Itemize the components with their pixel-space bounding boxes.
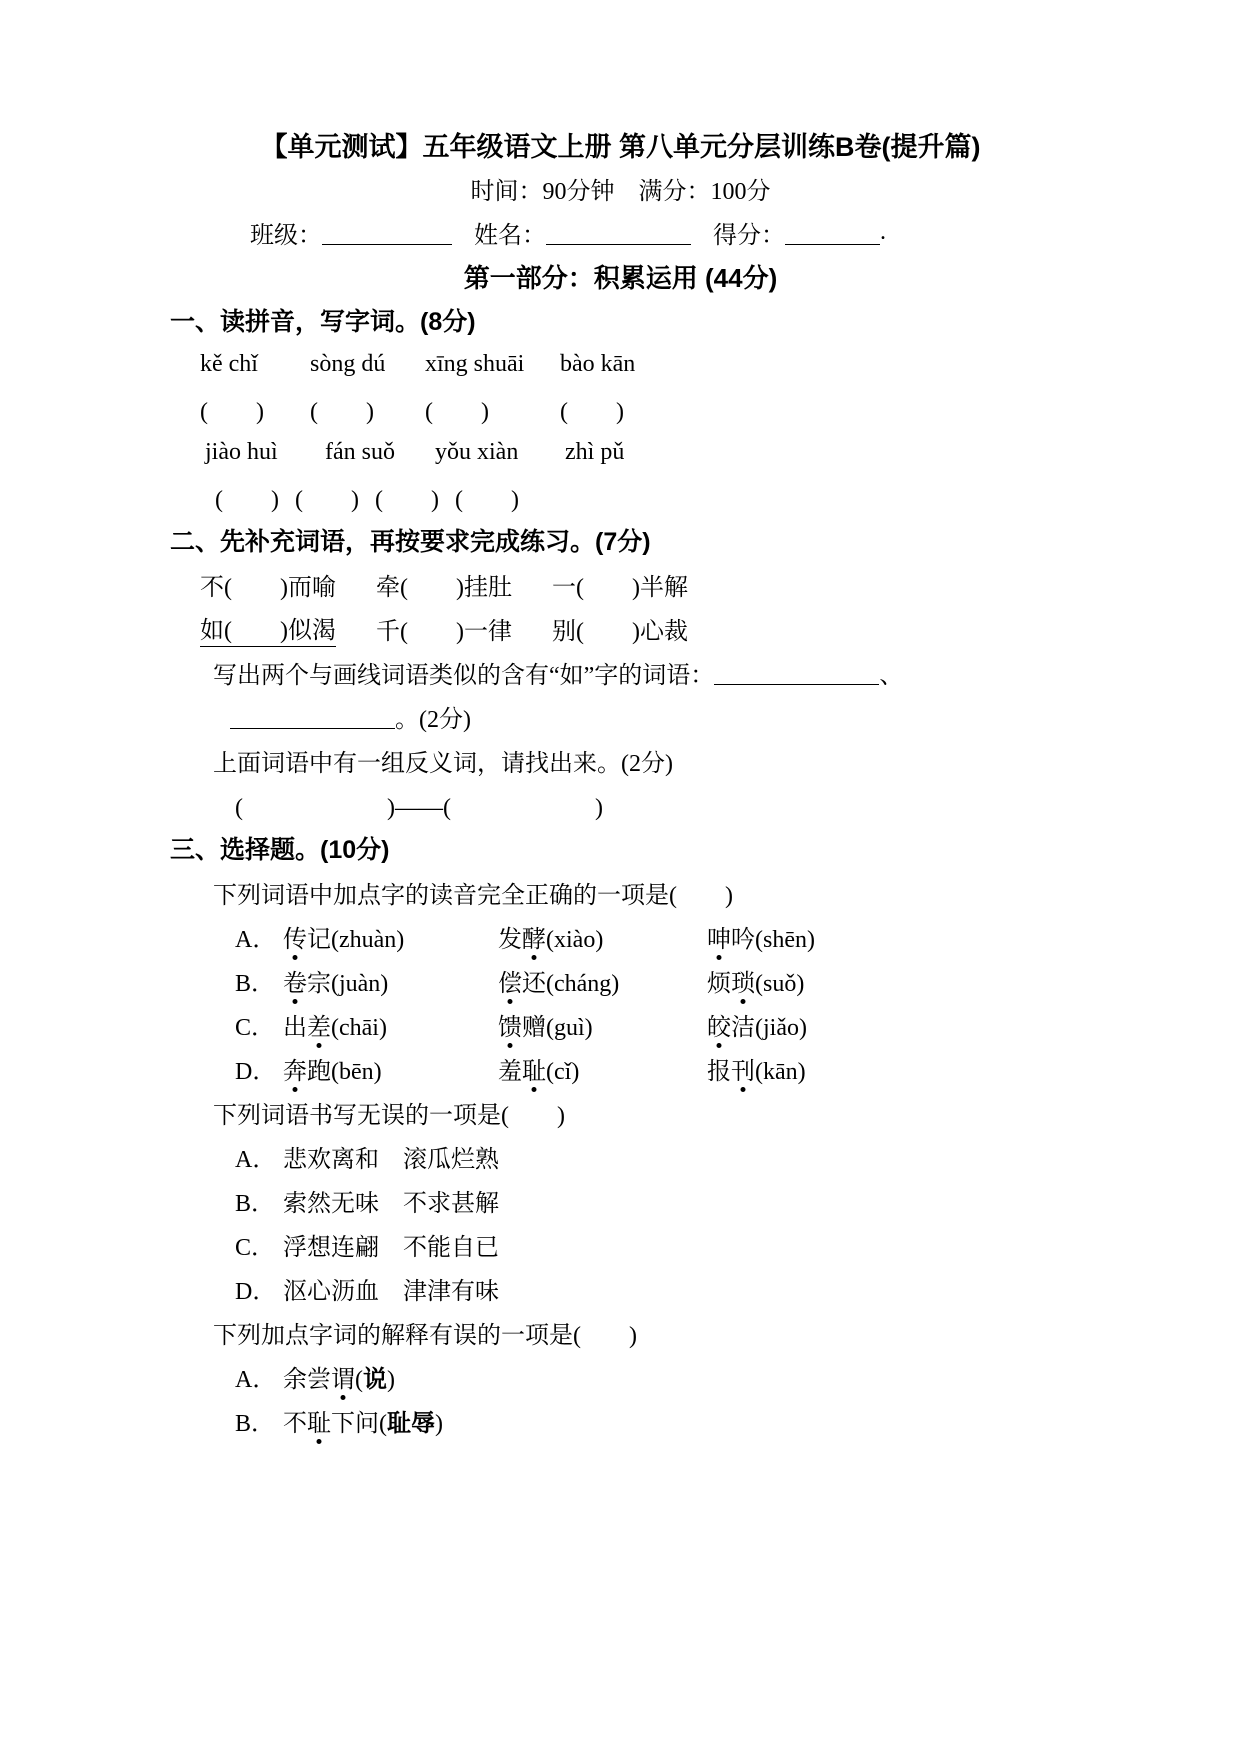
score-label: 得分： — [713, 215, 785, 250]
word-post: (cǐ) — [546, 1059, 579, 1085]
underlined-phrase: 如( )似渴 — [200, 610, 336, 647]
option-label: A． — [235, 919, 283, 954]
option-row: A． 悲欢离和 滚瓜烂熟 — [170, 1134, 1071, 1178]
paren-open: ( — [379, 1411, 387, 1437]
word-post: (chāi) — [331, 1015, 387, 1041]
part1-heading: 第一部分：积累运用 (44分) — [464, 258, 777, 295]
option-label: C． — [235, 1227, 283, 1262]
option-text: 沤心沥血 津津有味 — [283, 1271, 499, 1306]
answer-parens: ( ) — [295, 479, 375, 514]
option-text: 浮想连翩 不能自已 — [283, 1227, 499, 1262]
definition-bold: 说 — [363, 1366, 387, 1393]
answer-parens: ( ) — [425, 391, 560, 426]
pinyin-word: yǒu xiàn — [435, 439, 565, 466]
word-pre: 报 — [707, 1059, 731, 1085]
q2-sub1-line2: 。(2分) — [170, 694, 1071, 738]
paren-open: ( — [355, 1367, 363, 1393]
word-post: 吟(shēn) — [731, 927, 815, 953]
option-label: A． — [235, 1139, 283, 1174]
word-post: (kān) — [755, 1059, 806, 1085]
q1-pinyin-row1: kě chǐ sòng dú xīng shuāi bào kān — [170, 342, 1071, 386]
option-word: 传记(zhuàn) — [283, 919, 498, 954]
test-paper-page: 【单元测试】五年级语文上册 第八单元分层训练B卷(提升篇) 时间：90分钟 满分… — [0, 0, 1241, 1754]
pinyin-word: zhì pǔ — [565, 439, 624, 466]
pinyin-word: bào kān — [560, 351, 635, 378]
q2-heading: 二、先补充词语，再按要求完成练习。(7分) — [170, 522, 651, 558]
blank-line — [714, 659, 879, 685]
option-word: 发酵(xiào) — [498, 919, 707, 954]
pinyin-word: fán suǒ — [325, 439, 435, 466]
answer-parens: ( ) — [215, 479, 295, 514]
option-word: 羞耻(cǐ) — [498, 1051, 707, 1086]
word-pre: 余尝 — [283, 1367, 331, 1393]
option-label: A． — [235, 1359, 283, 1394]
word-pre: 不 — [283, 1411, 307, 1437]
score-suffix: . — [880, 219, 886, 246]
dotted-char: 奔 — [283, 1051, 307, 1086]
word-post: (xiào) — [546, 927, 603, 953]
q3-sub3-question: 下列加点字词的解释有误的一项是( ) — [213, 1315, 637, 1350]
answer-parens: ( ) — [375, 479, 455, 514]
dotted-char: 琐 — [731, 963, 755, 998]
option-label: D． — [235, 1271, 283, 1306]
answer-parens: ( ) — [455, 479, 519, 514]
dotted-char: 呻 — [707, 919, 731, 954]
q2-sub1-line1: 写出两个与画线词语类似的含有“如”字的词语： 、 — [170, 650, 1071, 694]
option-row: B． 卷宗(juàn) 偿还(cháng) 烦琐(suǒ) — [170, 958, 1071, 1002]
option-word: 不耻下问(耻辱) — [283, 1403, 443, 1438]
option-row: D． 沤心沥血 津津有味 — [170, 1266, 1071, 1310]
q2-sub1-tail: 。(2分) — [395, 699, 471, 734]
dotted-char: 皎 — [707, 1007, 731, 1042]
word-post: 赠(guì) — [522, 1015, 593, 1041]
q2-sub2-prompt: 上面词语中有一组反义词，请找出来。(2分) — [213, 743, 673, 778]
word-post: 还(cháng) — [522, 971, 619, 997]
phrase-completion: 不( )而喻 — [200, 567, 336, 602]
class-blank-line — [322, 219, 452, 245]
time-score-line: 时间：90分钟 满分：100分 — [471, 171, 771, 206]
option-word: 皎洁(jiǎo) — [707, 1007, 807, 1042]
name-blank-line — [546, 219, 691, 245]
paren-close: ) — [435, 1411, 443, 1437]
phrase-completion: 一( )半解 — [552, 567, 688, 602]
option-label: C． — [235, 1007, 283, 1042]
option-row: A． 传记(zhuàn) 发酵(xiào) 呻吟(shēn) — [170, 914, 1071, 958]
word-post: 跑(bēn) — [307, 1059, 382, 1085]
option-word: 偿还(cháng) — [498, 963, 707, 998]
q1-pinyin-row2: jiào huì fán suǒ yǒu xiàn zhì pǔ — [170, 430, 1071, 474]
option-row: C． 出差(chāi) 馈赠(guì) 皎洁(jiǎo) — [170, 1002, 1071, 1046]
q3-sub2-question: 下列词语书写无误的一项是( ) — [213, 1095, 565, 1130]
word-post: 洁(jiǎo) — [731, 1015, 807, 1041]
option-word: 出差(chāi) — [283, 1007, 498, 1042]
option-label: D． — [235, 1051, 283, 1086]
blank-line — [230, 703, 395, 729]
option-word: 呻吟(shēn) — [707, 919, 815, 954]
word-pre: 出 — [283, 1015, 307, 1041]
dotted-char: 差 — [307, 1007, 331, 1042]
option-label: B． — [235, 1183, 283, 1218]
student-info-line: 班级： 姓名： 得分： . — [170, 210, 1071, 254]
word-post: 记(zhuàn) — [307, 927, 404, 953]
pinyin-word: sòng dú — [310, 351, 425, 378]
option-label: B． — [235, 963, 283, 998]
option-row: A． 余尝谓(说) — [170, 1354, 1071, 1398]
word-pre: 羞 — [498, 1059, 522, 1085]
pinyin-word: jiào huì — [205, 439, 325, 466]
q2-sub2-answer-parens: ( )——( ) — [235, 787, 603, 822]
answer-parens: ( ) — [560, 391, 624, 426]
word-post: (suǒ) — [755, 971, 804, 997]
q1-answer-parens-row1: ( ) ( ) ( ) ( ) — [170, 386, 1071, 430]
score-blank-line — [785, 219, 880, 245]
class-label: 班级： — [250, 215, 322, 250]
phrase-completion: 牵( )挂肚 — [376, 567, 512, 602]
page-title: 【单元测试】五年级语文上册 第八单元分层训练B卷(提升篇) — [261, 125, 981, 164]
q2-phrase-row2: 如( )似渴 千( )一律 别( )心裁 — [170, 606, 1071, 650]
option-word: 报刊(kān) — [707, 1051, 806, 1086]
option-row: B． 索然无味 不求甚解 — [170, 1178, 1071, 1222]
dotted-char: 酵 — [522, 919, 546, 954]
option-label: B． — [235, 1403, 283, 1438]
q1-heading: 一、读拼音，写字词。(8分) — [170, 302, 476, 338]
answer-parens: ( ) — [200, 391, 310, 426]
q1-answer-parens-row2: ( ) ( ) ( ) ( ) — [170, 474, 1071, 518]
option-row: C． 浮想连翩 不能自已 — [170, 1222, 1071, 1266]
q3-sub1-question: 下列词语中加点字的读音完全正确的一项是( ) — [213, 875, 733, 910]
pinyin-word: kě chǐ — [200, 351, 310, 378]
definition-bold: 耻辱 — [387, 1410, 435, 1437]
phrase-completion: 别( )心裁 — [552, 611, 688, 646]
dotted-char: 卷 — [283, 963, 307, 998]
dotted-char: 偿 — [498, 963, 522, 998]
phrase-completion: 千( )一律 — [376, 611, 512, 646]
paren-close: ) — [387, 1367, 395, 1393]
dotted-char: 耻 — [307, 1403, 331, 1438]
option-text: 索然无味 不求甚解 — [283, 1183, 499, 1218]
pinyin-word: xīng shuāi — [425, 351, 560, 378]
option-word: 奔跑(bēn) — [283, 1051, 498, 1086]
option-row: B． 不耻下问(耻辱) — [170, 1398, 1071, 1442]
word-mid: 下问 — [331, 1411, 379, 1437]
dotted-char: 谓 — [331, 1359, 355, 1394]
q3-heading: 三、选择题。(10分) — [170, 830, 389, 866]
option-word: 卷宗(juàn) — [283, 963, 498, 998]
dotted-char: 馈 — [498, 1007, 522, 1042]
option-text: 悲欢离和 滚瓜烂熟 — [283, 1139, 499, 1174]
word-post: 宗(juàn) — [307, 971, 388, 997]
q2-phrase-row1: 不( )而喻 牵( )挂肚 一( )半解 — [170, 562, 1071, 606]
q2-sub1-prompt: 写出两个与画线词语类似的含有“如”字的词语： — [213, 655, 714, 690]
option-word: 烦琐(suǒ) — [707, 963, 804, 998]
dotted-char: 耻 — [522, 1051, 546, 1086]
word-pre: 烦 — [707, 971, 731, 997]
option-word: 余尝谓(说) — [283, 1359, 395, 1394]
answer-parens: ( ) — [310, 391, 425, 426]
dotted-char: 刊 — [731, 1051, 755, 1086]
q2-sub1-comma: 、 — [879, 655, 903, 690]
page-content: 【单元测试】五年级语文上册 第八单元分层训练B卷(提升篇) 时间：90分钟 满分… — [0, 0, 1241, 1442]
word-pre: 发 — [498, 927, 522, 953]
name-label: 姓名： — [474, 215, 546, 250]
dotted-char: 传 — [283, 919, 307, 954]
option-row: D． 奔跑(bēn) 羞耻(cǐ) 报刊(kān) — [170, 1046, 1071, 1090]
option-word: 馈赠(guì) — [498, 1007, 707, 1042]
